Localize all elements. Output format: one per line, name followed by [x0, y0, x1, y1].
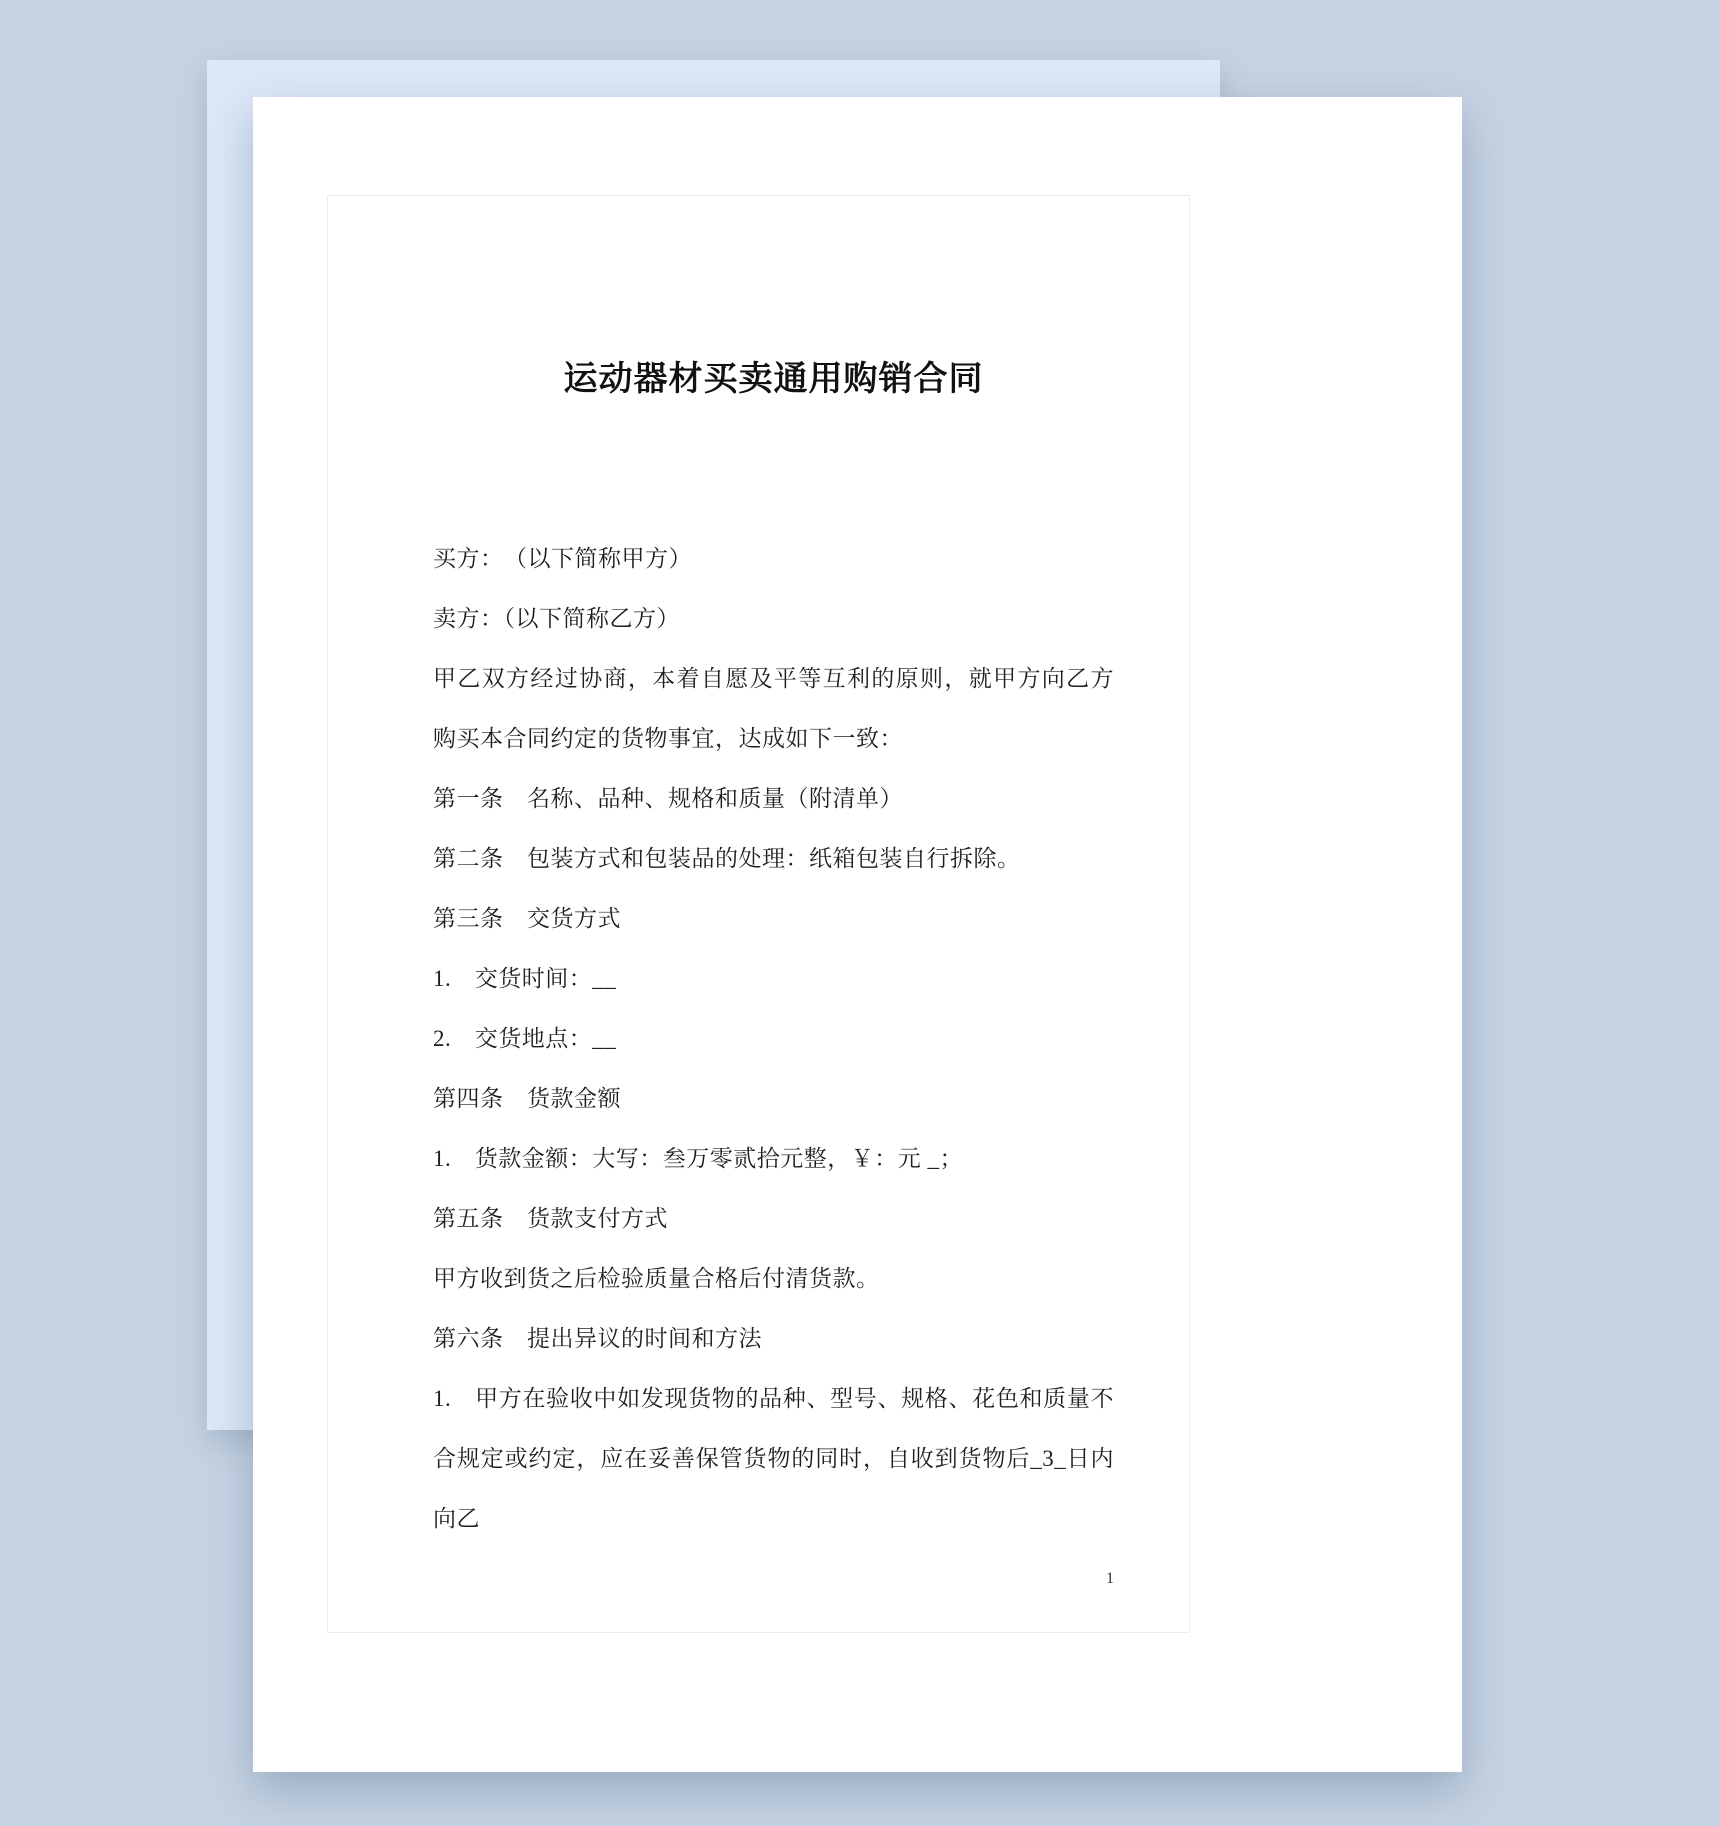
paragraph: 第三条 交货方式	[433, 889, 1114, 949]
page-sheet: 运动器材买卖通用购销合同 买方： （以下简称甲方）卖方：（以下简称乙方）甲乙双方…	[253, 97, 1462, 1772]
paragraph: 卖方：（以下简称乙方）	[433, 589, 1114, 649]
paragraph: 第四条 货款金额	[433, 1069, 1114, 1129]
paragraph-list: 买方： （以下简称甲方）卖方：（以下简称乙方）甲乙双方经过协商，本着自愿及平等互…	[433, 529, 1114, 1549]
paragraph: 1. 交货时间：__	[433, 949, 1114, 1009]
paragraph: 第二条 包装方式和包装品的处理：纸箱包装自行拆除。	[433, 829, 1114, 889]
content-frame: 运动器材买卖通用购销合同 买方： （以下简称甲方）卖方：（以下简称乙方）甲乙双方…	[327, 195, 1190, 1633]
paragraph: 2. 交货地点：__	[433, 1009, 1114, 1069]
paragraph: 第五条 货款支付方式	[433, 1189, 1114, 1249]
paragraph: 买方： （以下简称甲方）	[433, 529, 1114, 589]
paragraph: 甲方收到货之后检验质量合格后付清货款。	[433, 1249, 1114, 1309]
paragraph: 甲乙双方经过协商，本着自愿及平等互利的原则，就甲方向乙方购买本合同约定的货物事宜…	[433, 649, 1114, 769]
document-title: 运动器材买卖通用购销合同	[433, 356, 1114, 404]
paragraph: 1. 货款金额：大写：叁万零贰拾元整，￥：元 _；	[433, 1129, 1114, 1189]
page-number: 1	[433, 1567, 1114, 1591]
document-preview: 运动器材买卖通用购销合同 买方： （以下简称甲方）卖方：（以下简称乙方）甲乙双方…	[0, 0, 1720, 1826]
paragraph: 第一条 名称、品种、规格和质量（附清单）	[433, 769, 1114, 829]
paragraph: 第六条 提出异议的时间和方法	[433, 1309, 1114, 1369]
paragraph: 1. 甲方在验收中如发现货物的品种、型号、规格、花色和质量不合规定或约定，应在妥…	[433, 1369, 1114, 1549]
